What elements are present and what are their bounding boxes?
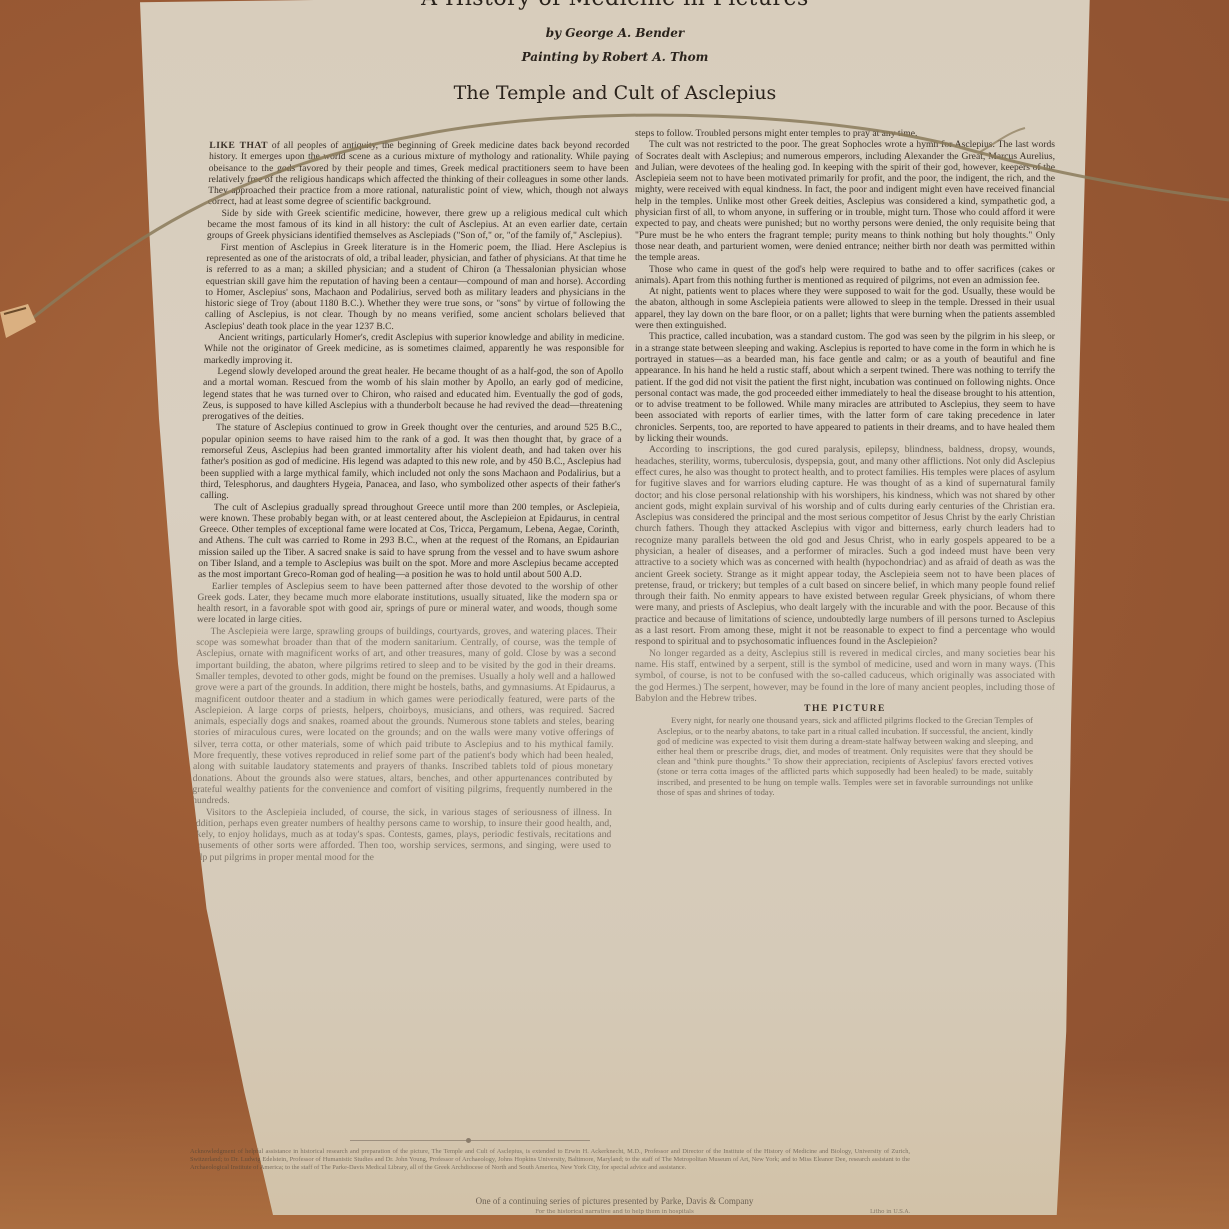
paragraph: Those who came in quest of the god's hel… (635, 264, 1055, 287)
paragraph: Ancient writings, particularly Homer's, … (204, 332, 625, 366)
paragraph: This practice, called incubation, was a … (635, 331, 1055, 444)
article-title: The Temple and Cult of Asclepius (140, 82, 1090, 104)
right-column: steps to follow. Troubled persons might … (635, 128, 1055, 797)
paragraph: steps to follow. Troubled persons might … (635, 128, 1055, 139)
paragraph: At night, patients went to places where … (635, 286, 1055, 331)
series-note: One of a continuing series of pictures p… (0, 1196, 1229, 1206)
paragraph: LIKE THAT of all peoples of antiquity, t… (208, 140, 630, 208)
section-divider-ornament (350, 1140, 590, 1141)
picture-section-text: Every night, for nearly one thousand yea… (635, 715, 1055, 797)
picture-section-heading: THE PICTURE (635, 704, 1055, 715)
paragraph: Side by side with Greek scientific medic… (207, 208, 628, 242)
paragraph: The cult of Asclepius gradually spread t… (198, 502, 620, 581)
lead-in: LIKE THAT (209, 140, 268, 151)
acknowledgement-text: Acknowledgment of helpful assistance in … (190, 1148, 910, 1171)
printer-imprint: Litho in U.S.A. (870, 1209, 910, 1215)
paragraph: The cult was not restricted to the poor.… (635, 139, 1055, 263)
painter-byline: Painting by Robert A. Thom (140, 50, 1090, 64)
left-column: LIKE THAT of all peoples of antiquity, t… (191, 140, 630, 863)
paragraph: According to inscriptions, the god cured… (635, 444, 1055, 647)
paragraph: Visitors to the Asclepieia included, of … (191, 807, 612, 863)
paragraph: The Asclepieia were large, sprawling gro… (192, 626, 617, 807)
paragraph: No longer regarded as a deity, Asclepius… (635, 648, 1055, 704)
paragraph: The stature of Asclepius continued to gr… (200, 422, 622, 501)
paragraph: Earlier temples of Asclepius seem to hav… (197, 581, 618, 626)
series-title: A History of Medicine in Pictures (140, 0, 1090, 11)
footnote: For the historical narrative and to help… (0, 1209, 1229, 1215)
author-byline: by George A. Bender (140, 26, 1090, 40)
paragraph: First mention of Asclepius in Greek lite… (204, 242, 626, 332)
paragraph: Legend slowly developed around the great… (202, 366, 623, 422)
wire-knot-tape (0, 300, 38, 340)
document-page: A History of Medicine in Pictures by Geo… (140, 0, 1090, 1215)
